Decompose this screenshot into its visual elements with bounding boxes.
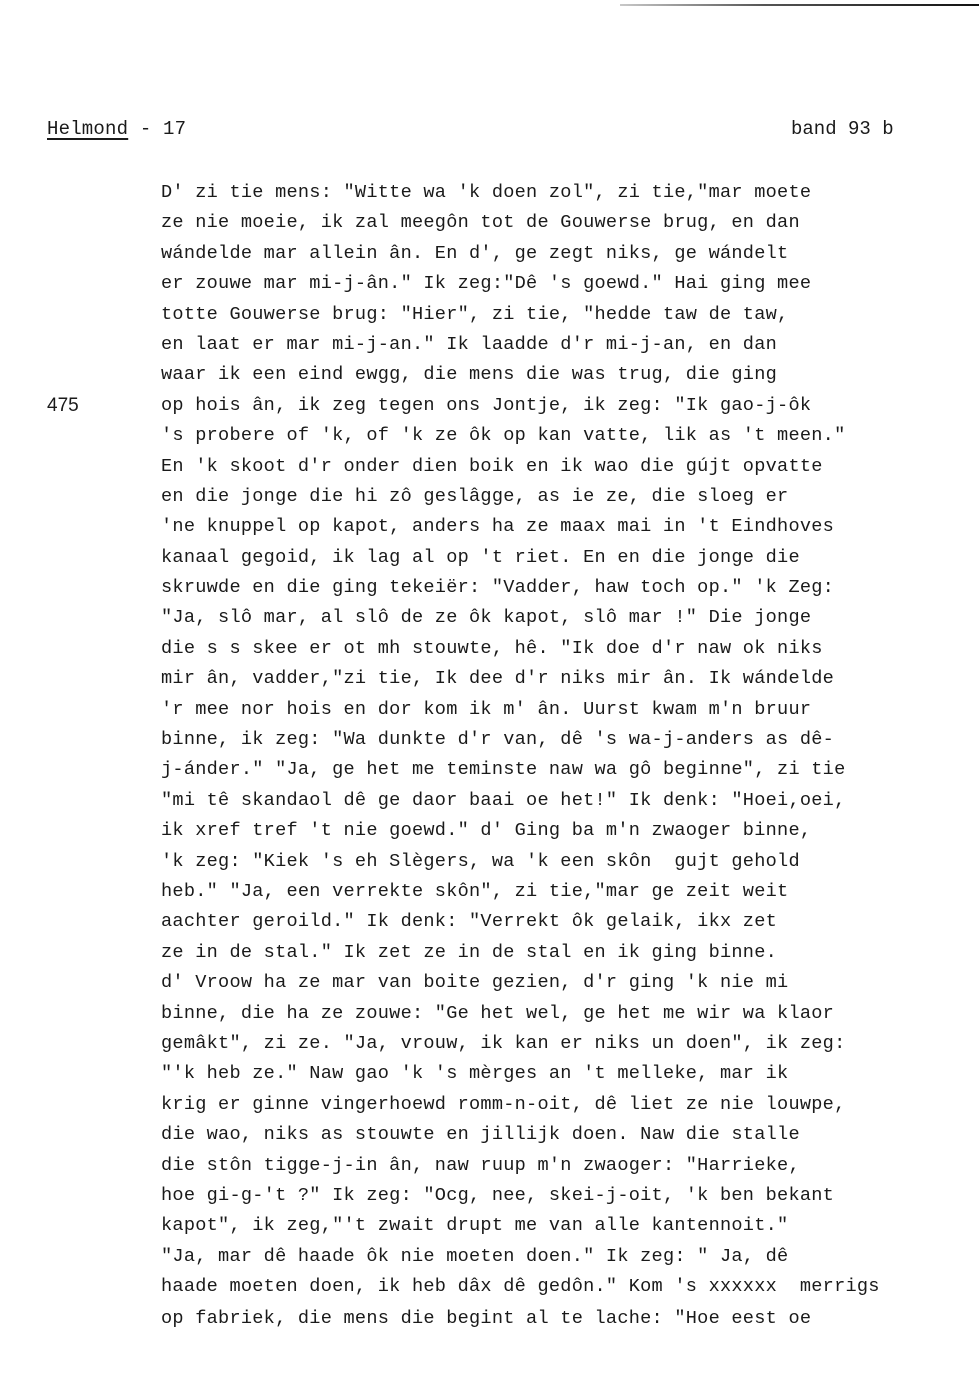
text-line: heb." "Ja, een verrekte skôn", zi tie,"m… [161,877,961,907]
page-header-left: Helmond - 17 [47,118,186,140]
header-tape-label: band 93 b [791,118,894,140]
text-line: "'k heb ze." Naw gao 'k 's mèrges an 't … [161,1059,961,1089]
header-place: Helmond [47,118,128,140]
text-line: j-ánder." "Ja, ge het me teminste naw wa… [161,755,961,785]
text-line: 's probere of 'k, of 'k ze ôk op kan vat… [161,421,961,451]
text-line: die s s skee er ot mh stouwte, hê. "Ik d… [161,634,961,664]
text-line: "Ja, slô mar, al slô de ze ôk kapot, slô… [161,603,961,633]
text-line: ze nie moeie, ik zal meegôn tot de Gouwe… [161,208,961,238]
text-line: kapot", ik zeg,"'t zwait drupt me van al… [161,1211,961,1241]
text-line: wándelde mar allein ân. En d', ge zegt n… [161,239,961,269]
text-line: ze in de stal." Ik zet ze in de stal en … [161,938,961,968]
text-line: "mi tê skandaol dê ge daor baai oe het!"… [161,786,961,816]
text-line: op fabriek, die mens die begint al te la… [161,1304,961,1336]
text-line: skruwde en die ging tekeiër: "Vadder, ha… [161,573,961,603]
text-line: "Ja, mar dê haade ôk nie moeten doen." I… [161,1242,961,1272]
text-line: krig er ginne vingerhoewd romm-n-oit, dê… [161,1090,961,1120]
text-line: gemâkt", zi ze. "Ja, vrouw, ik kan er ni… [161,1029,961,1059]
text-line: en laat er mar mi-j-an." Ik laadde d'r m… [161,330,961,360]
text-line: op hois ân, ik zeg tegen ons Jontje, ik … [161,391,961,421]
text-line: binne, die ha ze zouwe: "Ge het wel, ge … [161,999,961,1029]
text-line: haade moeten doen, ik heb dâx dê gedôn."… [161,1272,961,1304]
text-line: En 'k skoot d'r onder dien boik en ik wa… [161,452,961,482]
top-edge-rule [620,4,979,6]
text-line: waar ik een eind ewgg, die mens die was … [161,360,961,390]
text-line: er zouwe mar mi-j-ân." Ik zeg:"Dê 's goe… [161,269,961,299]
header-page-number: - 17 [128,118,186,140]
text-line: 'r mee nor hois en dor kom ik m' ân. Uur… [161,695,961,725]
text-line: aachter geroild." Ik denk: "Verrekt ôk g… [161,907,961,937]
text-line: die stôn tigge-j-in ân, naw ruup m'n zwa… [161,1151,961,1181]
transcript-body: D' zi tie mens: "Witte wa 'k doen zol", … [161,178,961,1336]
text-line: kanaal gegoid, ik lag al op 't riet. En … [161,543,961,573]
text-line: hoe gi-g-'t ?" Ik zeg: "Ocg, nee, skei-j… [161,1181,961,1211]
text-line: ik xref tref 't nie goewd." d' Ging ba m… [161,816,961,846]
text-line: binne, ik zeg: "Wa dunkte d'r van, dê 's… [161,725,961,755]
margin-line-number: 475 [47,395,79,417]
text-line: mir ân, vadder,"zi tie, Ik dee d'r niks … [161,664,961,694]
text-line: totte Gouwerse brug: "Hier", zi tie, "he… [161,300,961,330]
text-line: d' Vroow ha ze mar van boite gezien, d'r… [161,968,961,998]
text-line: en die jonge die hi zô geslâgge, as ie z… [161,482,961,512]
text-line: die wao, niks as stouwte en jillijk doen… [161,1120,961,1150]
text-line: 'ne knuppel op kapot, anders ha ze maax … [161,512,961,542]
text-line: 'k zeg: "Kiek 's eh Slègers, wa 'k een s… [161,847,961,877]
text-line: D' zi tie mens: "Witte wa 'k doen zol", … [161,178,961,208]
